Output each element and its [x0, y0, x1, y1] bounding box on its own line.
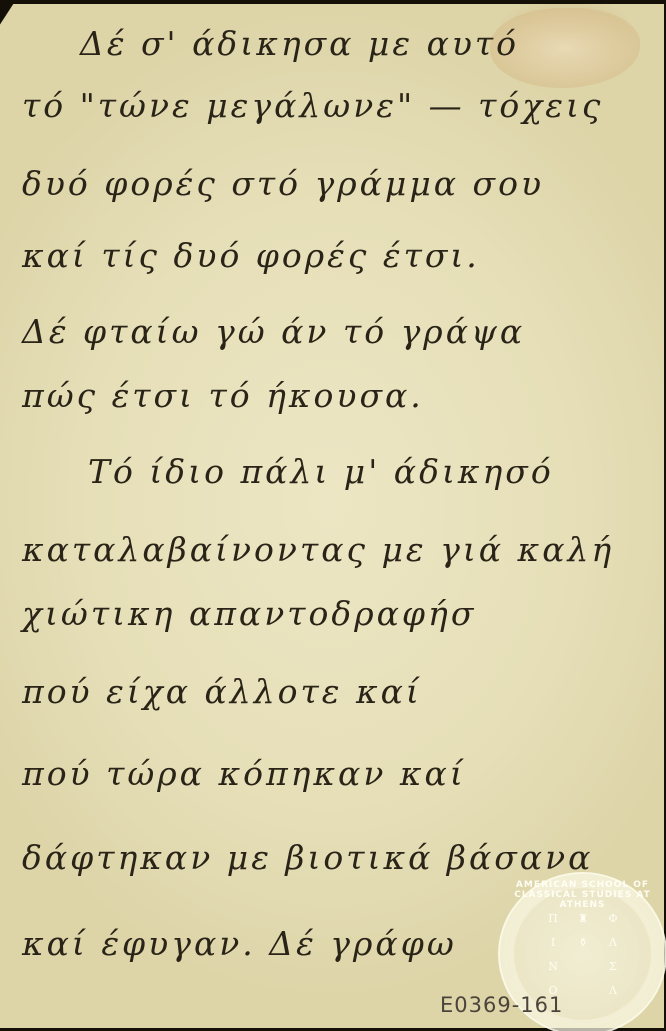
letter-line-1: Δέ σ' άδικησα με αυτό [80, 24, 519, 63]
letter-line-11: πού τώρα κόπηκαν καί [22, 754, 466, 793]
letter-line-7: Τό ίδιο πάλι μ' άδικησό [88, 452, 554, 491]
letter-line-8: καταλαβαίνοντας με γιά καλή [22, 530, 614, 569]
letter-line-5: Δέ φταίω γώ άν τό γράψα [22, 312, 525, 351]
letter-line-10: πού είχα άλλοτε καί [22, 672, 422, 711]
vase-icon: ⚱ [578, 936, 587, 949]
letter-line-4: καί τίς δυό φορές έτσι. [22, 236, 480, 275]
archive-reference: Ε0369-161 [440, 993, 563, 1017]
letter-line-3: δυό φορές στό γράμμα σου [22, 164, 544, 203]
letter-line-2: τό "τώνε μεγάλωνε" — τόχεις [22, 86, 603, 125]
lamp-icon: ♜ [578, 912, 588, 925]
letter-line-9: χιώτικη απαντοδραφήσ [22, 594, 476, 633]
letter-line-12: δάφτηκαν με βιοτικά βάσανα [22, 838, 593, 877]
letter-line-6: πώς έτσι τό ήκουσα. [22, 376, 424, 415]
seal-emblem: Π ♜ Φ Ι ⚱ Λ Ν Σ Ο Λ [538, 906, 628, 1002]
letter-line-13: καί έφυγαν. Δέ γράφω [22, 924, 457, 963]
